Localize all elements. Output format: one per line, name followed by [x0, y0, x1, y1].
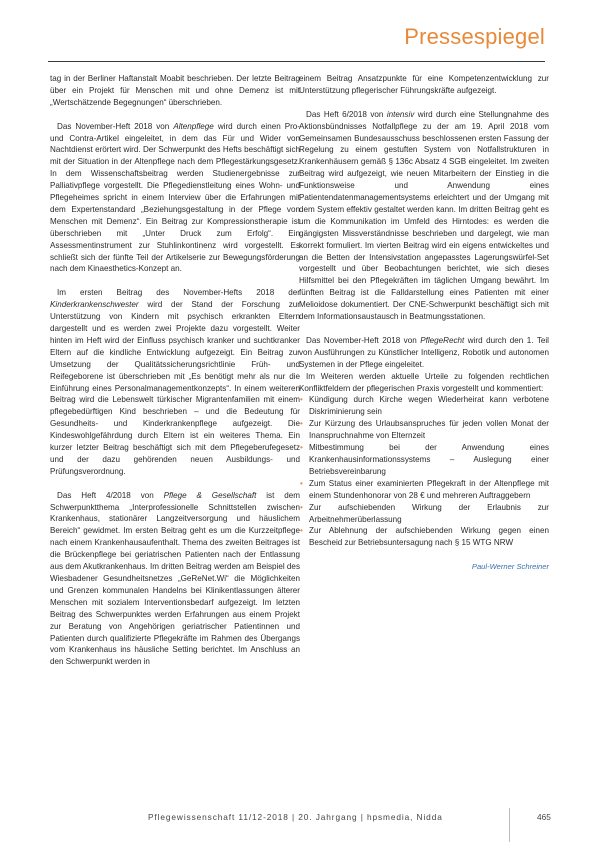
text: wird der Stand der Forschung zur Unterst…	[50, 300, 300, 476]
section-title: Pressespiegel	[404, 24, 545, 50]
list-item: Mitbestimmung bei der Anwendung eines Kr…	[299, 442, 549, 478]
list-item: Zur Kürzung des Urlaubsanspruches für je…	[299, 418, 549, 442]
text: Das Heft 4/2018 von	[57, 491, 164, 500]
list-item: Zur aufschiebenden Wirkung der Erlaubnis…	[299, 502, 549, 526]
paragraph: einem Beitrag Ansatzpunkte für eine Komp…	[299, 73, 549, 97]
paragraph: Im Weiteren werden aktuelle Urteile zu f…	[299, 371, 549, 395]
paragraph: Das Heft 6/2018 von intensiv wird durch …	[299, 109, 549, 323]
left-column: tag in der Berliner Haftanstalt Moabit b…	[50, 73, 300, 668]
paragraph: Das November-Heft 2018 von PflegeRecht w…	[299, 335, 549, 371]
text: Das November-Heft 2018 von	[57, 122, 173, 131]
journal-name: PflegeRecht	[420, 336, 464, 345]
journal-name: Kinderkrankenschwester	[50, 300, 139, 309]
verdict-list: Kündigung durch Kirche wegen Wiederheira…	[299, 394, 549, 549]
paragraph: Im ersten Beitrag des November-Hefts 201…	[50, 287, 300, 478]
author-signature: Paul-Werner Schreiner	[299, 561, 549, 573]
text: ist dem Schwerpunktthema „Interprofessio…	[50, 491, 300, 667]
header-divider	[48, 61, 545, 62]
paragraph: tag in der Berliner Haftanstalt Moabit b…	[50, 73, 300, 109]
right-column: einem Beitrag Ansatzpunkte für eine Komp…	[299, 73, 549, 573]
list-item: Zur Ablehnung der aufschiebenden Wirkung…	[299, 525, 549, 549]
list-item: Zum Status einer examinierten Pflegekraf…	[299, 478, 549, 502]
paragraph: Das Heft 4/2018 von Pflege & Gesellschaf…	[50, 490, 300, 669]
footer-divider	[509, 808, 510, 842]
paragraph: Das November-Heft 2018 von Altenpflege w…	[50, 121, 300, 276]
text: wird durch eine Stellungnahme des Aktion…	[299, 110, 549, 321]
text: Im ersten Beitrag des November-Hefts 201…	[57, 288, 300, 297]
text: wird durch einen Pro- und Contra-Artikel…	[50, 122, 300, 274]
text: Das Heft 6/2018 von	[306, 110, 387, 119]
footer-publication: Pflegewissenschaft 11/12-2018 | 20. Jahr…	[148, 812, 443, 822]
page-number: 465	[537, 812, 551, 822]
list-item: Kündigung durch Kirche wegen Wiederheira…	[299, 394, 549, 418]
journal-name: Pflege & Gesellschaft	[164, 491, 257, 500]
text: Das November-Heft 2018 von	[306, 336, 420, 345]
journal-name: intensiv	[387, 110, 414, 119]
journal-name: Altenpflege	[173, 122, 214, 131]
